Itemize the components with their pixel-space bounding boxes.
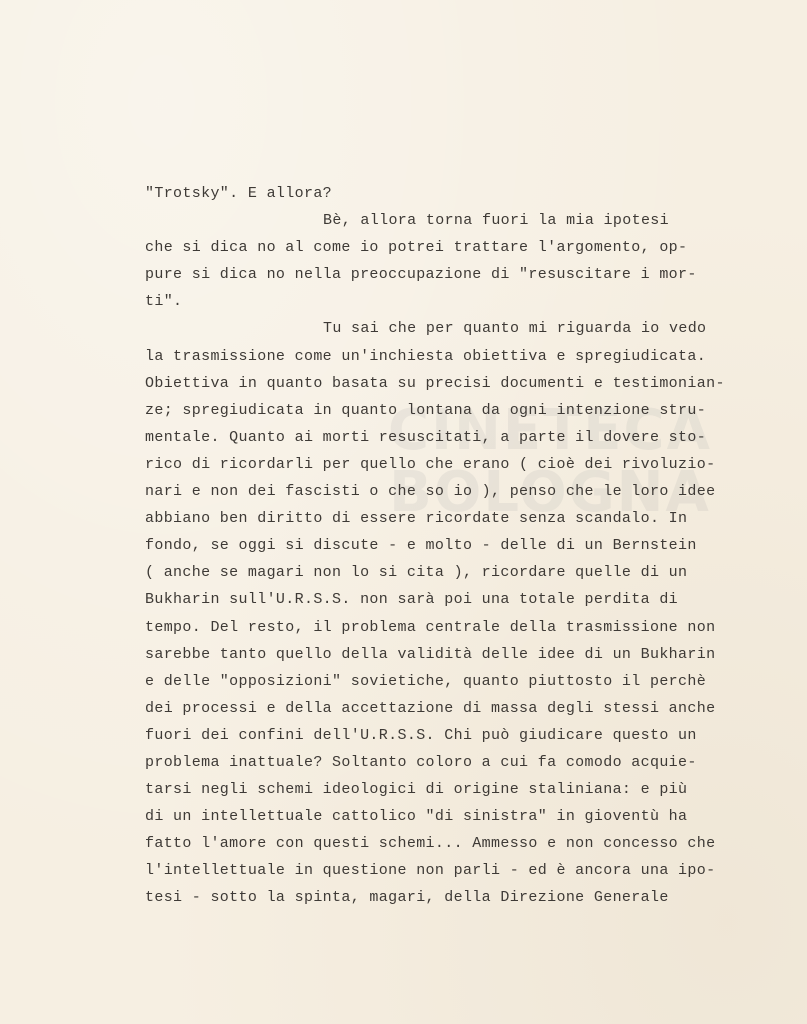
text-line: l'intellettuale in questione non parli -… [145, 857, 745, 884]
text-line: Bukharin sull'U.R.S.S. non sarà poi una … [145, 586, 745, 613]
text-line: rico di ricordarli per quello che erano … [145, 451, 745, 478]
text-line: pure si dica no nella preoccupazione di … [145, 261, 745, 288]
text-line: Obiettiva in quanto basata su precisi do… [145, 370, 745, 397]
text-line: mentale. Quanto ai morti resuscitati, a … [145, 424, 745, 451]
text-line: di un intellettuale cattolico "di sinist… [145, 803, 745, 830]
text-line: tesi - sotto la spinta, magari, della Di… [145, 884, 745, 911]
text-line: fondo, se oggi si discute - e molto - de… [145, 532, 745, 559]
text-line: Bè, allora torna fuori la mia ipotesi [145, 207, 745, 234]
text-line: la trasmissione come un'inchiesta obiett… [145, 343, 745, 370]
text-line: sarebbe tanto quello della validità dell… [145, 641, 745, 668]
text-line: ze; spregiudicata in quanto lontana da o… [145, 397, 745, 424]
text-line: nari e non dei fascisti o che so io ), p… [145, 478, 745, 505]
text-line: tarsi negli schemi ideologici di origine… [145, 776, 745, 803]
text-line: ( anche se magari non lo si cita ), rico… [145, 559, 745, 586]
text-line: tempo. Del resto, il problema centrale d… [145, 614, 745, 641]
typewritten-text: "Trotsky". E allora?Bè, allora torna fuo… [145, 180, 745, 912]
text-line: fatto l'amore con questi schemi... Ammes… [145, 830, 745, 857]
text-line: Tu sai che per quanto mi riguarda io ved… [145, 315, 745, 342]
text-line: dei processi e della accettazione di mas… [145, 695, 745, 722]
text-line: ti". [145, 288, 745, 315]
text-line: che si dica no al come io potrei trattar… [145, 234, 745, 261]
text-line: "Trotsky". E allora? [145, 180, 745, 207]
text-line: problema inattuale? Soltanto coloro a cu… [145, 749, 745, 776]
text-line: e delle "opposizioni" sovietiche, quanto… [145, 668, 745, 695]
text-line: abbiano ben diritto di essere ricordate … [145, 505, 745, 532]
text-line: fuori dei confini dell'U.R.S.S. Chi può … [145, 722, 745, 749]
